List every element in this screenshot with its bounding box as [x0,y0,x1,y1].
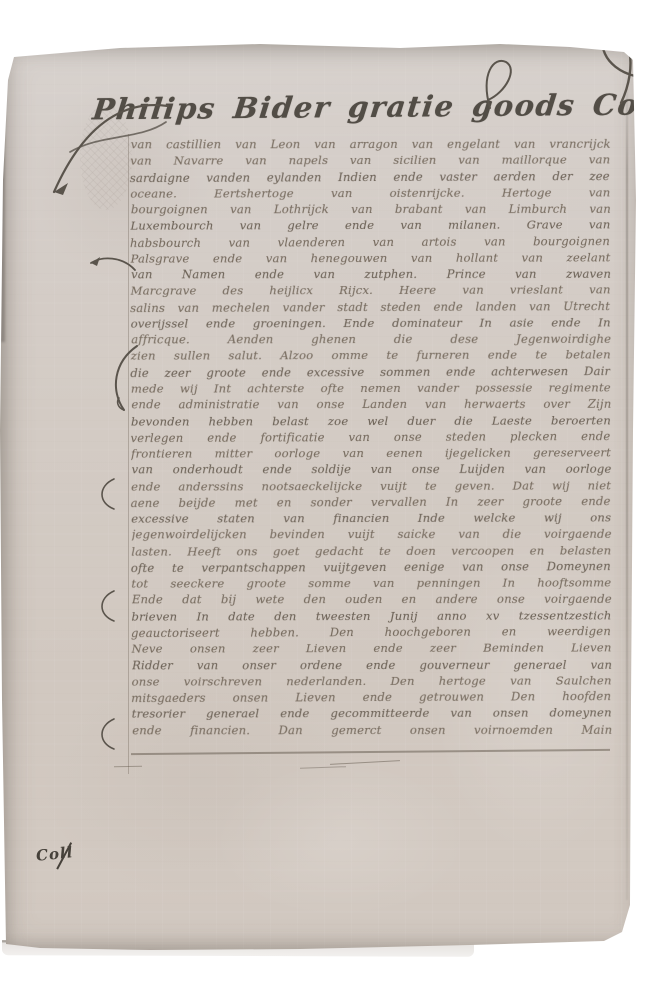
manuscript-line: geauctoriseert hebben. Den hoochgeboren … [131,624,611,642]
margin-descender-flourish [104,342,140,414]
manuscript-line: van castillien van Leon van arragon van … [131,137,611,154]
header-loop-flourish [478,52,524,110]
manuscript-page: Philips Bider gratie goods Connick van c… [0,0,650,1000]
manuscript-line: tot seeckere groote somme van penningen … [131,576,611,594]
manuscript-line: tresorier generael ende gecommitteerde v… [132,706,612,724]
manuscript-line: oceane. Eertshertoge van oistenrijcke. H… [130,185,610,203]
manuscript-line: Luxembourch van gelre ende van milanen. … [130,218,610,236]
manuscript-line: frontieren mitter oorloge van eenen ijeg… [131,445,611,463]
manuscript-line: sardaigne vanden eylanden Indien ende va… [130,168,610,186]
manuscript-line: van onderhoudt ende soldije van onse Lui… [132,462,612,479]
margin-brace-mark [94,476,116,512]
photograph-background: Philips Bider gratie goods Connick van c… [0,0,650,1000]
manuscript-line: ende administratie van onse Landen van h… [131,397,611,414]
manuscript-line: zien sullen salut. Alzoo omme te furnere… [131,348,611,366]
fold-crease [626,70,628,900]
manuscript-line: ofte te verpantschappen vuijtgeven eenig… [131,559,611,577]
left-edge-shadow [0,62,5,342]
manuscript-line: Ende dat bij wete den ouden en andere on… [132,592,612,609]
manuscript-line: Marcgrave des heijlicx Rijcx. Heere van … [131,283,611,301]
manuscript-line: brieven In date den tweesten Junij anno … [131,608,611,626]
body-text: van castillien van Leon van arragon van … [130,136,612,739]
manuscript-line: habsbourch van vlaenderen van artois van… [130,234,610,252]
manuscript-line: overijssel ende groeningen. Ende dominat… [131,315,611,333]
manuscript-line: lasten. Heeft ons goet gedacht te doen v… [131,543,611,561]
manuscript-line: jegenwoirdelijcken bevinden vuijt saicke… [132,527,612,544]
manuscript-line: ende anderssins nootsaeckelijcke vuijt t… [131,478,611,496]
manuscript-line: salins van mechelen vander stadt steden … [130,299,610,317]
manuscript-line: van Navarre van napels van sicilien van … [130,153,610,171]
margin-brace-mark [94,588,116,624]
manuscript-line: die zeer groote ende excessive sommen en… [130,364,610,382]
margin-brace-mark [94,716,116,752]
margin-rule [128,134,129,774]
manuscript-line: bevonden hebben belast zoe wel duer die … [131,413,611,431]
manuscript-line: aene beijde met en sonder vervallen In z… [131,494,611,512]
manuscript-line: bourgoignen van Lothrijck van brabant va… [131,202,611,219]
manuscript-line: Neve onsen zeer Lieven ende zeer Beminde… [132,641,612,659]
margin-swash [88,252,136,274]
manuscript-line: excessive staten van financien Inde welc… [131,510,611,528]
manuscript-line: verlegen ende fortificatie van onse sted… [130,429,610,447]
manuscript-line: mede wij Int achterste ofte nemen vander… [131,380,611,398]
manuscript-line: mitsgaeders onsen Lieven ende getrouwen … [131,689,611,707]
manuscript-line: ende financien. Dan gemerct onsen voirno… [132,722,612,739]
manuscript-line: onse voirschreven nederlanden. Den herto… [132,673,612,691]
manuscript-line: Palsgrave ende van henegouwen van hollan… [131,250,611,268]
manuscript-line: van Namen ende van zutphen. Prince van z… [131,267,611,284]
manuscript-line: Ridder van onser ordene ende gouverneur … [132,657,612,674]
manuscript-line: affricque. Aenden ghenen die dese Jegenw… [131,332,611,349]
header-ascender-flourish [563,20,643,105]
